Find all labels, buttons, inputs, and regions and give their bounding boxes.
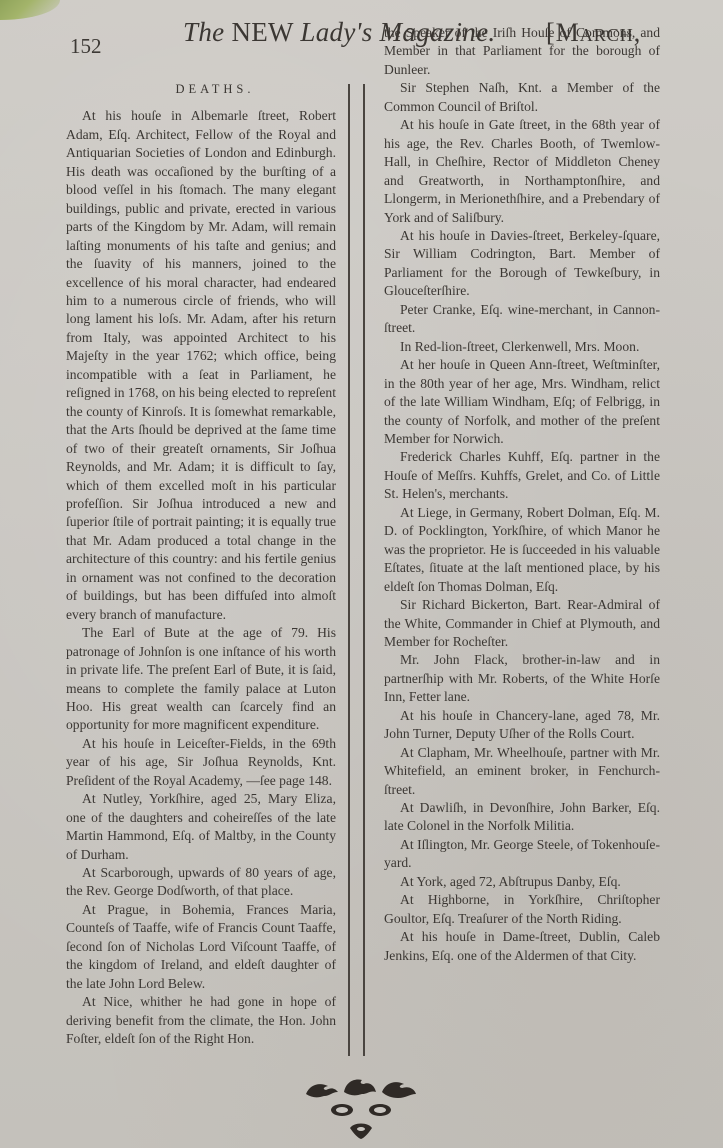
continued-paragraph: the Speaker of the Iriſh Houſe of Common… — [384, 24, 660, 79]
column-rule-right — [363, 84, 365, 1056]
title-new: NEW — [231, 17, 293, 47]
obituary-paragraph: At Nice, whither he had gone in hope of … — [66, 993, 336, 1048]
column-rule-left — [348, 84, 350, 1056]
obituary-paragraph: Peter Cranke, Eſq. wine-merchant, in Can… — [384, 301, 660, 338]
section-heading: DEATHS. — [66, 80, 336, 98]
obituary-paragraph: In Red-lion-ſtreet, Clerkenwell, Mrs. Mo… — [384, 338, 660, 356]
obituary-paragraph: At his houſe in Chancery-lane, aged 78, … — [384, 707, 660, 744]
obituary-paragraph: At Clapham, Mr. Wheelhouſe, partner with… — [384, 744, 660, 799]
obituary-paragraph: Frederick Charles Kuhff, Eſq. partner in… — [384, 448, 660, 503]
obituary-paragraph: At Scarborough, upwards of 80 years of a… — [66, 864, 336, 901]
obituary-paragraph: At his houſe in Leiceſter-Fields, in the… — [66, 735, 336, 790]
obituary-paragraph: Sir Stephen Naſh, Knt. a Member of the C… — [384, 79, 660, 116]
obituary-paragraph: At York, aged 72, Abſtrupus Danby, Eſq. — [384, 873, 660, 891]
left-column: DEATHS. At his houſe in Albemarle ſtreet… — [66, 80, 336, 1049]
obituary-paragraph: At Nutley, Yorkſhire, aged 25, Mary Eliz… — [66, 790, 336, 864]
obituary-paragraph: At his houſe in Gate ſtreet, in the 68th… — [384, 116, 660, 227]
obituary-paragraph: Sir Richard Bickerton, Bart. Rear-Admira… — [384, 596, 660, 651]
fleuron-ornament-icon — [302, 1072, 422, 1142]
page-number: 152 — [70, 34, 102, 59]
obituary-paragraph: At his houſe in Davies-ſtreet, Berkeley-… — [384, 227, 660, 301]
title-prefix: The — [183, 17, 224, 47]
obituary-paragraph: At Liege, in Germany, Robert Dolman, Eſq… — [384, 504, 660, 596]
obituary-paragraph: The Earl of Bute at the age of 79. His p… — [66, 624, 336, 735]
obituary-paragraph: At her houſe in Queen Ann-ſtreet, Weſtmi… — [384, 356, 660, 448]
right-column: the Speaker of the Iriſh Houſe of Common… — [384, 24, 660, 965]
obituary-paragraph: Mr. John Flack, brother-in-law and in pa… — [384, 651, 660, 706]
obituary-paragraph: At Iſlington, Mr. George Steele, of Toke… — [384, 836, 660, 873]
obituary-paragraph: At Prague, in Bohemia, Frances Maria, Co… — [66, 901, 336, 993]
obituary-paragraph: At his houſe in Dame-ſtreet, Dublin, Cal… — [384, 928, 660, 965]
obituary-paragraph: At Dawliſh, in Devonſhire, John Barker, … — [384, 799, 660, 836]
obituary-paragraph: At his houſe in Albemarle ſtreet, Robert… — [66, 107, 336, 624]
obituary-paragraph: At Highborne, in Yorkſhire, Chriſtopher … — [384, 891, 660, 928]
